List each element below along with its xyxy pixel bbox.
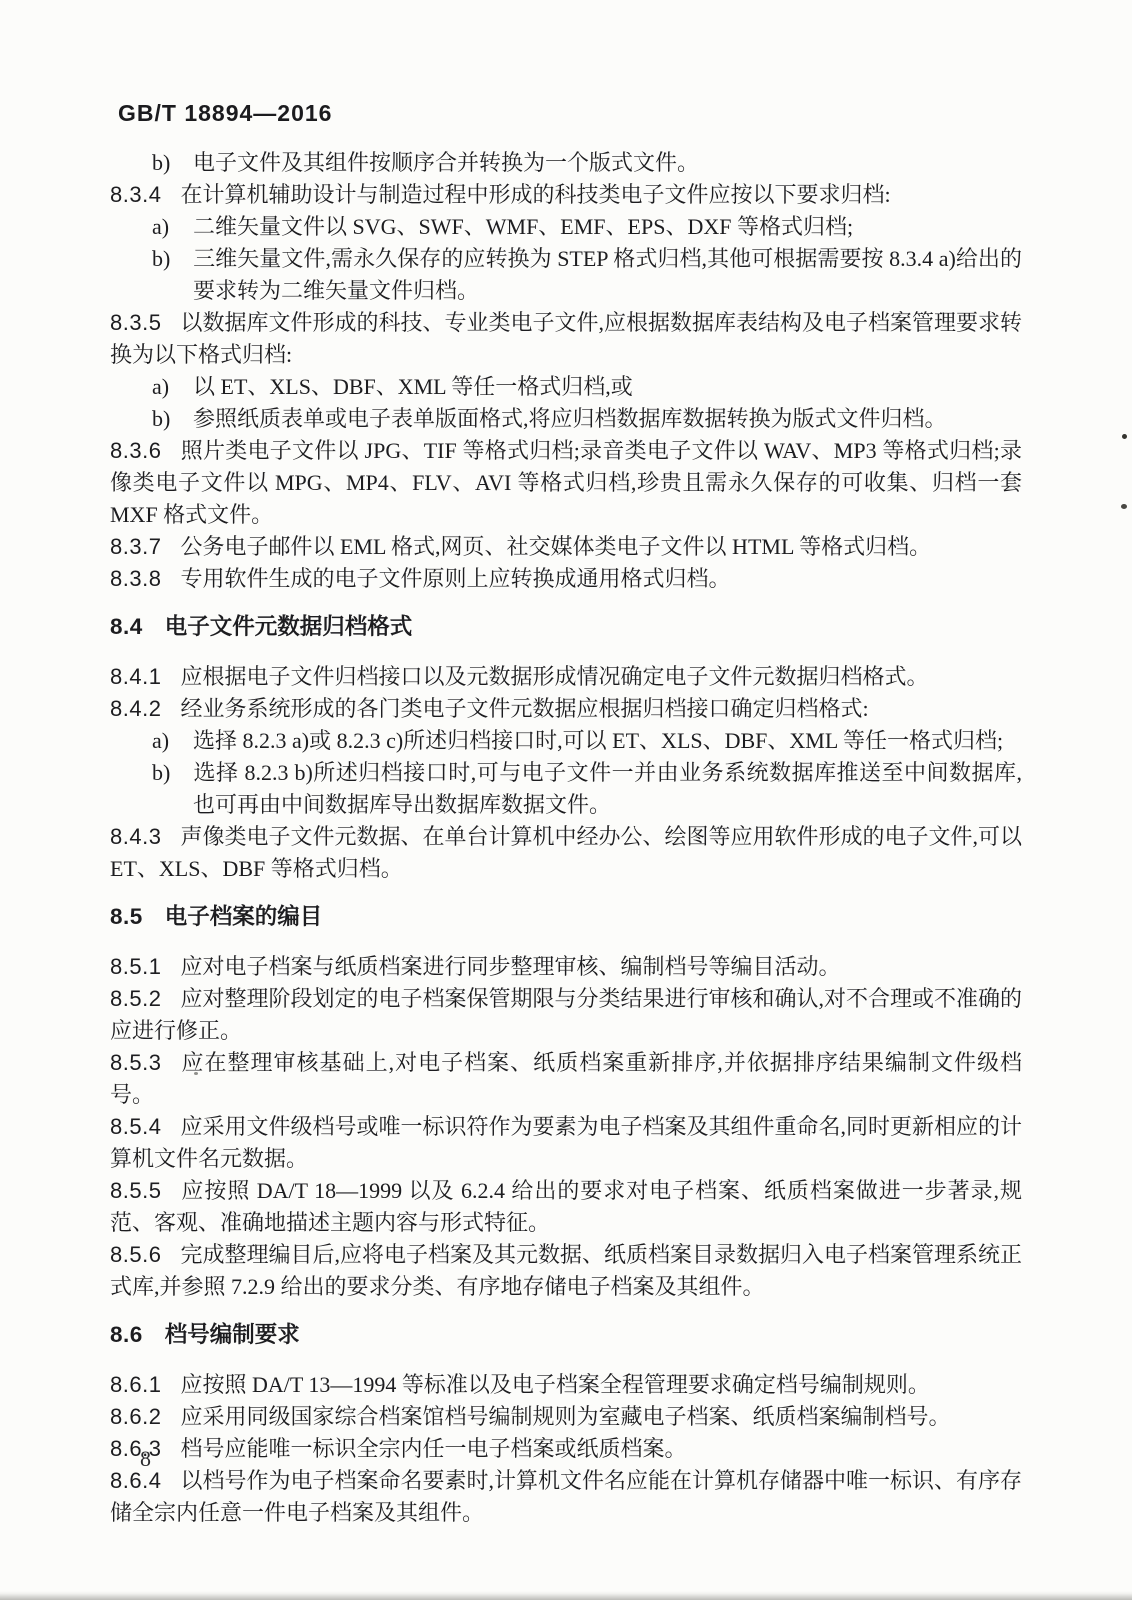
clause-number: 8.5.6 (110, 1242, 161, 1267)
page-number: 8 (140, 1446, 151, 1472)
list-item-marker: b) (152, 757, 193, 789)
list-item-text: 选择 8.2.3 b)所述归档接口时,可与电子文件一并由业务系统数据库推送至中间… (193, 760, 1022, 817)
list-item-marker: b) (152, 243, 193, 275)
clause-text: 以数据库文件形成的科技、专业类电子文件,应根据数据库表结构及电子档案管理要求转换… (110, 310, 1022, 367)
clause-number: 8.5.4 (110, 1114, 161, 1139)
list-item: a)选择 8.2.3 a)或 8.2.3 c)所述归档接口时,可以 ET、XLS… (110, 725, 1022, 757)
clause-paragraph: 8.5.4应采用文件级档号或唯一标识符作为要素为电子档案及其组件重命名,同时更新… (110, 1111, 1022, 1175)
clause-text: 应按照 DA/T 18—1999 以及 6.2.4 给出的要求对电子档案、纸质档… (110, 1178, 1022, 1235)
clause-number: 8.3.6 (110, 438, 161, 463)
list-item-text: 参照纸质表单或电子表单版面格式,将应归档数据库数据转换为版式文件归档。 (193, 406, 947, 431)
clause-paragraph: 8.6.3档号应能唯一标识全宗内任一电子档案或纸质档案。 (110, 1433, 1022, 1465)
list-item-marker: b) (152, 147, 193, 179)
clause-paragraph: 8.3.7公务电子邮件以 EML 格式,网页、社交媒体类电子文件以 HTML 等… (110, 531, 1022, 563)
list-item-text: 二维矢量文件以 SVG、SWF、WMF、EMF、EPS、DXF 等格式归档; (193, 214, 853, 239)
section-title: 档号编制要求 (165, 1322, 300, 1347)
list-item: b)选择 8.2.3 b)所述归档接口时,可与电子文件一并由业务系统数据库推送至… (110, 757, 1022, 821)
list-item-text: 选择 8.2.3 a)或 8.2.3 c)所述归档接口时,可以 ET、XLS、D… (193, 728, 1003, 753)
list-item: a)以 ET、XLS、DBF、XML 等任一格式归档,或 (110, 371, 1022, 403)
clause-text: 以档号作为电子档案命名要素时,计算机文件名应能在计算机存储器中唯一标识、有序存储… (110, 1468, 1022, 1525)
clause-text: 专用软件生成的电子文件原则上应转换成通用格式归档。 (180, 566, 730, 591)
clause-number: 8.3.4 (110, 182, 161, 207)
clause-paragraph: 8.4.1应根据电子文件归档接口以及元数据形成情况确定电子文件元数据归档格式。 (110, 661, 1022, 693)
clause-number: 8.5.5 (110, 1178, 161, 1203)
clause-paragraph: 8.5.3应在整理审核基础上,对电子档案、纸质档案重新排序,并依据排序结果编制文… (110, 1047, 1022, 1111)
section-title: 电子档案的编目 (165, 904, 323, 929)
list-item-marker: a) (152, 725, 193, 757)
clause-text: 应在整理审核基础上,对电子档案、纸质档案重新排序,并依据排序结果编制文件级档号。 (110, 1050, 1022, 1107)
clause-number: 8.4.3 (110, 824, 161, 849)
document-content: b)电子文件及其组件按顺序合并转换为一个版式文件。8.3.4在计算机辅助设计与制… (110, 147, 1022, 1529)
list-item: b)电子文件及其组件按顺序合并转换为一个版式文件。 (110, 147, 1022, 179)
clause-number: 8.3.7 (110, 534, 161, 559)
standard-number: GB/T 18894—2016 (118, 100, 332, 127)
clause-number: 8.3.5 (110, 310, 161, 335)
clause-paragraph: 8.5.6完成整理编目后,应将电子档案及其元数据、纸质档案目录数据归入电子档案管… (110, 1239, 1022, 1303)
list-item-marker: a) (152, 371, 193, 403)
list-item: b)三维矢量文件,需永久保存的应转换为 STEP 格式归档,其他可根据需要按 8… (110, 243, 1022, 307)
clause-paragraph: 8.6.1应按照 DA/T 13—1994 等标准以及电子档案全程管理要求确定档… (110, 1369, 1022, 1401)
clause-text: 应采用同级国家综合档案馆档号编制规则为室藏电子档案、纸质档案编制档号。 (180, 1404, 950, 1429)
list-item-text: 以 ET、XLS、DBF、XML 等任一格式归档,或 (193, 374, 633, 399)
clause-number: 8.6.4 (110, 1468, 161, 1493)
clause-text: 应根据电子文件归档接口以及元数据形成情况确定电子文件元数据归档格式。 (180, 664, 928, 689)
clause-paragraph: 8.3.5以数据库文件形成的科技、专业类电子文件,应根据数据库表结构及电子档案管… (110, 307, 1022, 371)
list-item: b)参照纸质表单或电子表单版面格式,将应归档数据库数据转换为版式文件归档。 (110, 403, 1022, 435)
clause-paragraph: 8.5.5应按照 DA/T 18—1999 以及 6.2.4 给出的要求对电子档… (110, 1175, 1022, 1239)
list-item-marker: b) (152, 403, 193, 435)
section-heading: 8.5电子档案的编目 (110, 901, 1022, 933)
section-title: 电子文件元数据归档格式 (165, 614, 413, 639)
clause-paragraph: 8.3.8专用软件生成的电子文件原则上应转换成通用格式归档。 (110, 563, 1022, 595)
section-number: 8.6 (110, 1322, 143, 1347)
clause-paragraph: 8.6.4以档号作为电子档案命名要素时,计算机文件名应能在计算机存储器中唯一标识… (110, 1465, 1022, 1529)
clause-paragraph: 8.4.3声像类电子文件元数据、在单台计算机中经办公、绘图等应用软件形成的电子文… (110, 821, 1022, 885)
clause-text: 档号应能唯一标识全宗内任一电子档案或纸质档案。 (180, 1436, 686, 1461)
clause-number: 8.5.1 (110, 954, 161, 979)
clause-text: 声像类电子文件元数据、在单台计算机中经办公、绘图等应用软件形成的电子文件,可以 … (110, 824, 1022, 881)
clause-text: 应对整理阶段划定的电子档案保管期限与分类结果进行审核和确认,对不合理或不准确的应… (110, 986, 1022, 1043)
list-item-text: 电子文件及其组件按顺序合并转换为一个版式文件。 (193, 150, 699, 175)
list-item-text: 三维矢量文件,需永久保存的应转换为 STEP 格式归档,其他可根据需要按 8.3… (193, 246, 1022, 303)
clause-text: 在计算机辅助设计与制造过程中形成的科技类电子文件应按以下要求归档: (180, 182, 890, 207)
clause-text: 应对电子档案与纸质档案进行同步整理审核、编制档号等编目活动。 (180, 954, 840, 979)
clause-text: 应采用文件级档号或唯一标识符作为要素为电子档案及其组件重命名,同时更新相应的计算… (110, 1114, 1022, 1171)
clause-number: 8.5.2 (110, 986, 161, 1011)
scan-speck (1121, 504, 1127, 509)
clause-paragraph: 8.3.6照片类电子文件以 JPG、TIF 等格式归档;录音类电子文件以 WAV… (110, 435, 1022, 531)
clause-number: 8.4.2 (110, 696, 161, 721)
clause-text: 公务电子邮件以 EML 格式,网页、社交媒体类电子文件以 HTML 等格式归档。 (180, 534, 931, 559)
clause-number: 8.6.2 (110, 1404, 161, 1429)
clause-text: 照片类电子文件以 JPG、TIF 等格式归档;录音类电子文件以 WAV、MP3 … (110, 438, 1022, 527)
clause-paragraph: 8.3.4在计算机辅助设计与制造过程中形成的科技类电子文件应按以下要求归档: (110, 179, 1022, 211)
clause-text: 应按照 DA/T 13—1994 等标准以及电子档案全程管理要求确定档号编制规则… (180, 1372, 929, 1397)
clause-text: 经业务系统形成的各门类电子文件元数据应根据归档接口确定归档格式: (180, 696, 868, 721)
section-number: 8.5 (110, 904, 143, 929)
clause-paragraph: 8.5.1应对电子档案与纸质档案进行同步整理审核、编制档号等编目活动。 (110, 951, 1022, 983)
clause-text: 完成整理编目后,应将电子档案及其元数据、纸质档案目录数据归入电子档案管理系统正式… (110, 1242, 1022, 1299)
clause-number: 8.3.8 (110, 566, 161, 591)
clause-number: 8.6.1 (110, 1372, 161, 1397)
clause-number: 8.6.3 (110, 1436, 161, 1461)
clause-paragraph: 8.5.2应对整理阶段划定的电子档案保管期限与分类结果进行审核和确认,对不合理或… (110, 983, 1022, 1047)
clause-paragraph: 8.4.2经业务系统形成的各门类电子文件元数据应根据归档接口确定归档格式: (110, 693, 1022, 725)
section-heading: 8.6档号编制要求 (110, 1319, 1022, 1351)
list-item-marker: a) (152, 211, 193, 243)
scan-speck (1122, 434, 1127, 439)
clause-number: 8.4.1 (110, 664, 161, 689)
list-item: a)二维矢量文件以 SVG、SWF、WMF、EMF、EPS、DXF 等格式归档; (110, 211, 1022, 243)
clause-paragraph: 8.6.2应采用同级国家综合档案馆档号编制规则为室藏电子档案、纸质档案编制档号。 (110, 1401, 1022, 1433)
section-number: 8.4 (110, 614, 143, 639)
scan-speck (194, 1072, 198, 1075)
section-heading: 8.4电子文件元数据归档格式 (110, 611, 1022, 643)
document-page: GB/T 18894—2016 b)电子文件及其组件按顺序合并转换为一个版式文件… (0, 0, 1132, 1600)
clause-number: 8.5.3 (110, 1050, 161, 1075)
